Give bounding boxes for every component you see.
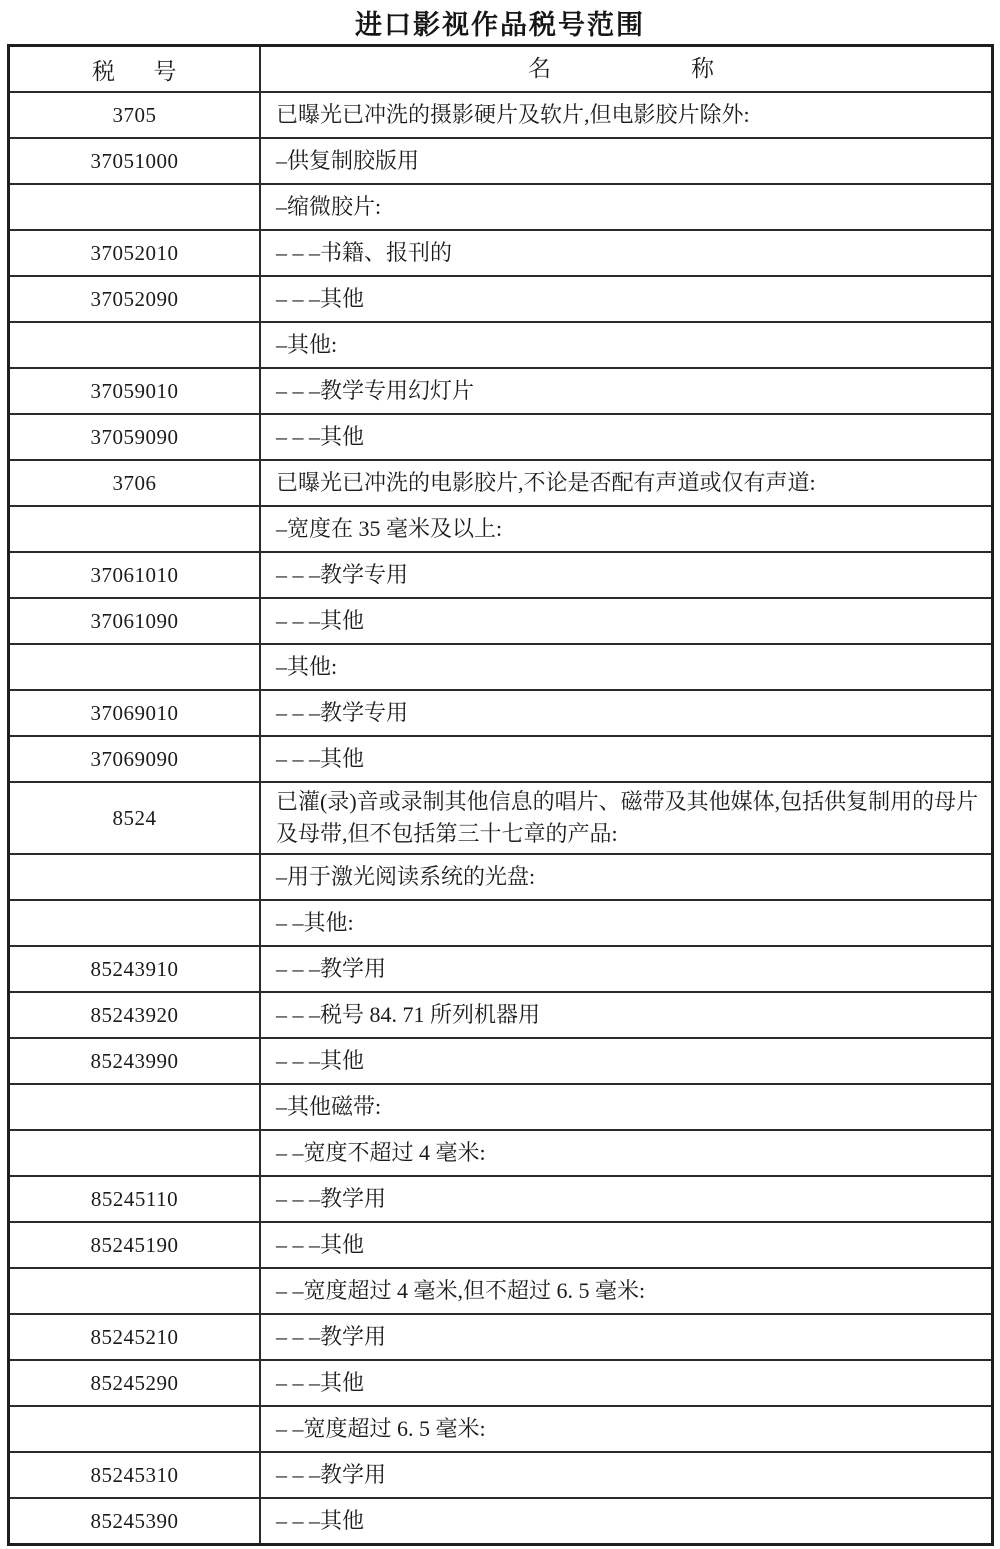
name-cell: – –宽度超过 4 毫米,但不超过 6. 5 毫米: xyxy=(261,1269,991,1313)
tax-code-cell xyxy=(10,323,261,367)
tax-code-cell: 3706 xyxy=(10,461,261,505)
tax-code-cell: 3705 xyxy=(10,93,261,137)
table-row: 37069010 – – –教学专用 xyxy=(10,689,991,735)
table-row: 37069090 – – –其他 xyxy=(10,735,991,781)
table-row: –其他: xyxy=(10,321,991,367)
tax-code-cell: 37052090 xyxy=(10,277,261,321)
table-row: 37061010 – – –教学专用 xyxy=(10,551,991,597)
tariff-code-table: 税 号 名 称 3705 已曝光已冲洗的摄影硬片及软片,但电影胶片除外: 370… xyxy=(7,44,994,1546)
tax-code-cell: 85243990 xyxy=(10,1039,261,1083)
tax-code-cell: 85245190 xyxy=(10,1223,261,1267)
tax-code-cell xyxy=(10,1131,261,1175)
tax-code-cell: 37061090 xyxy=(10,599,261,643)
table-row: 37059090 – – –其他 xyxy=(10,413,991,459)
name-cell: – – –其他 xyxy=(261,737,991,781)
name-header-label: 名 称 xyxy=(528,52,714,85)
tax-code-cell xyxy=(10,855,261,899)
name-cell: –其他: xyxy=(261,645,991,689)
name-cell: 已灌(录)音或录制其他信息的唱片、磁带及其他媒体,包括供复制用的母片及母带,但不… xyxy=(261,783,991,853)
tax-code-cell: 37069090 xyxy=(10,737,261,781)
table-row: 37052010 – – –书籍、报刊的 xyxy=(10,229,991,275)
table-row: 85243910 – – –教学用 xyxy=(10,945,991,991)
header-char: 号 xyxy=(154,53,178,86)
tax-code-cell: 37069010 xyxy=(10,691,261,735)
tax-code-cell: 37059090 xyxy=(10,415,261,459)
name-cell: – – –其他 xyxy=(261,1039,991,1083)
name-cell: –其他磁带: xyxy=(261,1085,991,1129)
header-char: 税 xyxy=(92,53,116,86)
name-cell: –供复制胶版用 xyxy=(261,139,991,183)
table-row: –缩微胶片: xyxy=(10,183,991,229)
tax-code-cell: 37051000 xyxy=(10,139,261,183)
name-cell: – – –教学用 xyxy=(261,1453,991,1497)
tax-code-cell: 85243920 xyxy=(10,993,261,1037)
tax-code-cell: 85243910 xyxy=(10,947,261,991)
name-cell: – – –教学专用幻灯片 xyxy=(261,369,991,413)
name-cell: – –其他: xyxy=(261,901,991,945)
page-title: 进口影视作品税号范围 xyxy=(0,3,1000,42)
name-cell: –宽度在 35 毫米及以上: xyxy=(261,507,991,551)
table-row: 85243990 – – –其他 xyxy=(10,1037,991,1083)
tax-code-cell xyxy=(10,507,261,551)
tax-code-cell xyxy=(10,645,261,689)
table-row: 37061090 – – –其他 xyxy=(10,597,991,643)
table-row: 85245290 – – –其他 xyxy=(10,1359,991,1405)
name-cell: – – –其他 xyxy=(261,277,991,321)
table-row: 3705 已曝光已冲洗的摄影硬片及软片,但电影胶片除外: xyxy=(10,91,991,137)
tax-code-cell: 85245390 xyxy=(10,1499,261,1543)
name-cell: –其他: xyxy=(261,323,991,367)
table-row: 3706 已曝光已冲洗的电影胶片,不论是否配有声道或仅有声道: xyxy=(10,459,991,505)
tax-code-cell xyxy=(10,1269,261,1313)
tax-code-cell: 85245290 xyxy=(10,1361,261,1405)
table-row: 85245190 – – –其他 xyxy=(10,1221,991,1267)
tax-code-cell: 85245310 xyxy=(10,1453,261,1497)
name-cell: – –宽度不超过 4 毫米: xyxy=(261,1131,991,1175)
tax-code-cell: 85245210 xyxy=(10,1315,261,1359)
name-cell: – – –其他 xyxy=(261,1361,991,1405)
tax-code-cell xyxy=(10,901,261,945)
tax-code-header-label: 税 号 xyxy=(92,53,177,86)
column-header-tax-code: 税 号 xyxy=(10,47,261,91)
table-row: – –宽度不超过 4 毫米: xyxy=(10,1129,991,1175)
name-cell: – – –教学专用 xyxy=(261,691,991,735)
table-row: –用于激光阅读系统的光盘: xyxy=(10,853,991,899)
header-char: 名 xyxy=(528,52,551,85)
name-cell: – – –其他 xyxy=(261,599,991,643)
tax-code-cell xyxy=(10,1085,261,1129)
name-cell: –用于激光阅读系统的光盘: xyxy=(261,855,991,899)
name-cell: – –宽度超过 6. 5 毫米: xyxy=(261,1407,991,1451)
name-cell: – – –其他 xyxy=(261,1223,991,1267)
name-cell: – – –教学专用 xyxy=(261,553,991,597)
name-cell: – – –教学用 xyxy=(261,1315,991,1359)
table-row: 8524 已灌(录)音或录制其他信息的唱片、磁带及其他媒体,包括供复制用的母片及… xyxy=(10,781,991,853)
table-row: –其他: xyxy=(10,643,991,689)
name-cell: 已曝光已冲洗的电影胶片,不论是否配有声道或仅有声道: xyxy=(261,461,991,505)
name-cell: – – –教学用 xyxy=(261,947,991,991)
name-cell: – – –其他 xyxy=(261,415,991,459)
tax-code-cell: 37061010 xyxy=(10,553,261,597)
tax-code-cell: 37052010 xyxy=(10,231,261,275)
table-row: 85245210 – – –教学用 xyxy=(10,1313,991,1359)
name-cell: – – –书籍、报刊的 xyxy=(261,231,991,275)
table-row: 85245310 – – –教学用 xyxy=(10,1451,991,1497)
tax-code-cell: 37059010 xyxy=(10,369,261,413)
name-cell: – – –其他 xyxy=(261,1499,991,1543)
table-row: –宽度在 35 毫米及以上: xyxy=(10,505,991,551)
table-row: 37059010 – – –教学专用幻灯片 xyxy=(10,367,991,413)
tax-code-cell xyxy=(10,185,261,229)
tax-code-cell: 8524 xyxy=(10,783,261,853)
table-row: –其他磁带: xyxy=(10,1083,991,1129)
tax-code-cell xyxy=(10,1407,261,1451)
table-row: – –其他: xyxy=(10,899,991,945)
tax-code-cell: 85245110 xyxy=(10,1177,261,1221)
column-header-name: 名 称 xyxy=(261,47,991,91)
table-header-row: 税 号 名 称 xyxy=(10,47,991,91)
table-row: 85243920 – – –税号 84. 71 所列机器用 xyxy=(10,991,991,1037)
table-row: – –宽度超过 4 毫米,但不超过 6. 5 毫米: xyxy=(10,1267,991,1313)
name-cell: – – –税号 84. 71 所列机器用 xyxy=(261,993,991,1037)
header-char: 称 xyxy=(691,52,714,85)
table-row: – –宽度超过 6. 5 毫米: xyxy=(10,1405,991,1451)
table-row: 37051000 –供复制胶版用 xyxy=(10,137,991,183)
table-row: 85245110 – – –教学用 xyxy=(10,1175,991,1221)
name-cell: – – –教学用 xyxy=(261,1177,991,1221)
table-row: 37052090 – – –其他 xyxy=(10,275,991,321)
table-row: 85245390 – – –其他 xyxy=(10,1497,991,1543)
name-cell: –缩微胶片: xyxy=(261,185,991,229)
name-cell: 已曝光已冲洗的摄影硬片及软片,但电影胶片除外: xyxy=(261,93,991,137)
